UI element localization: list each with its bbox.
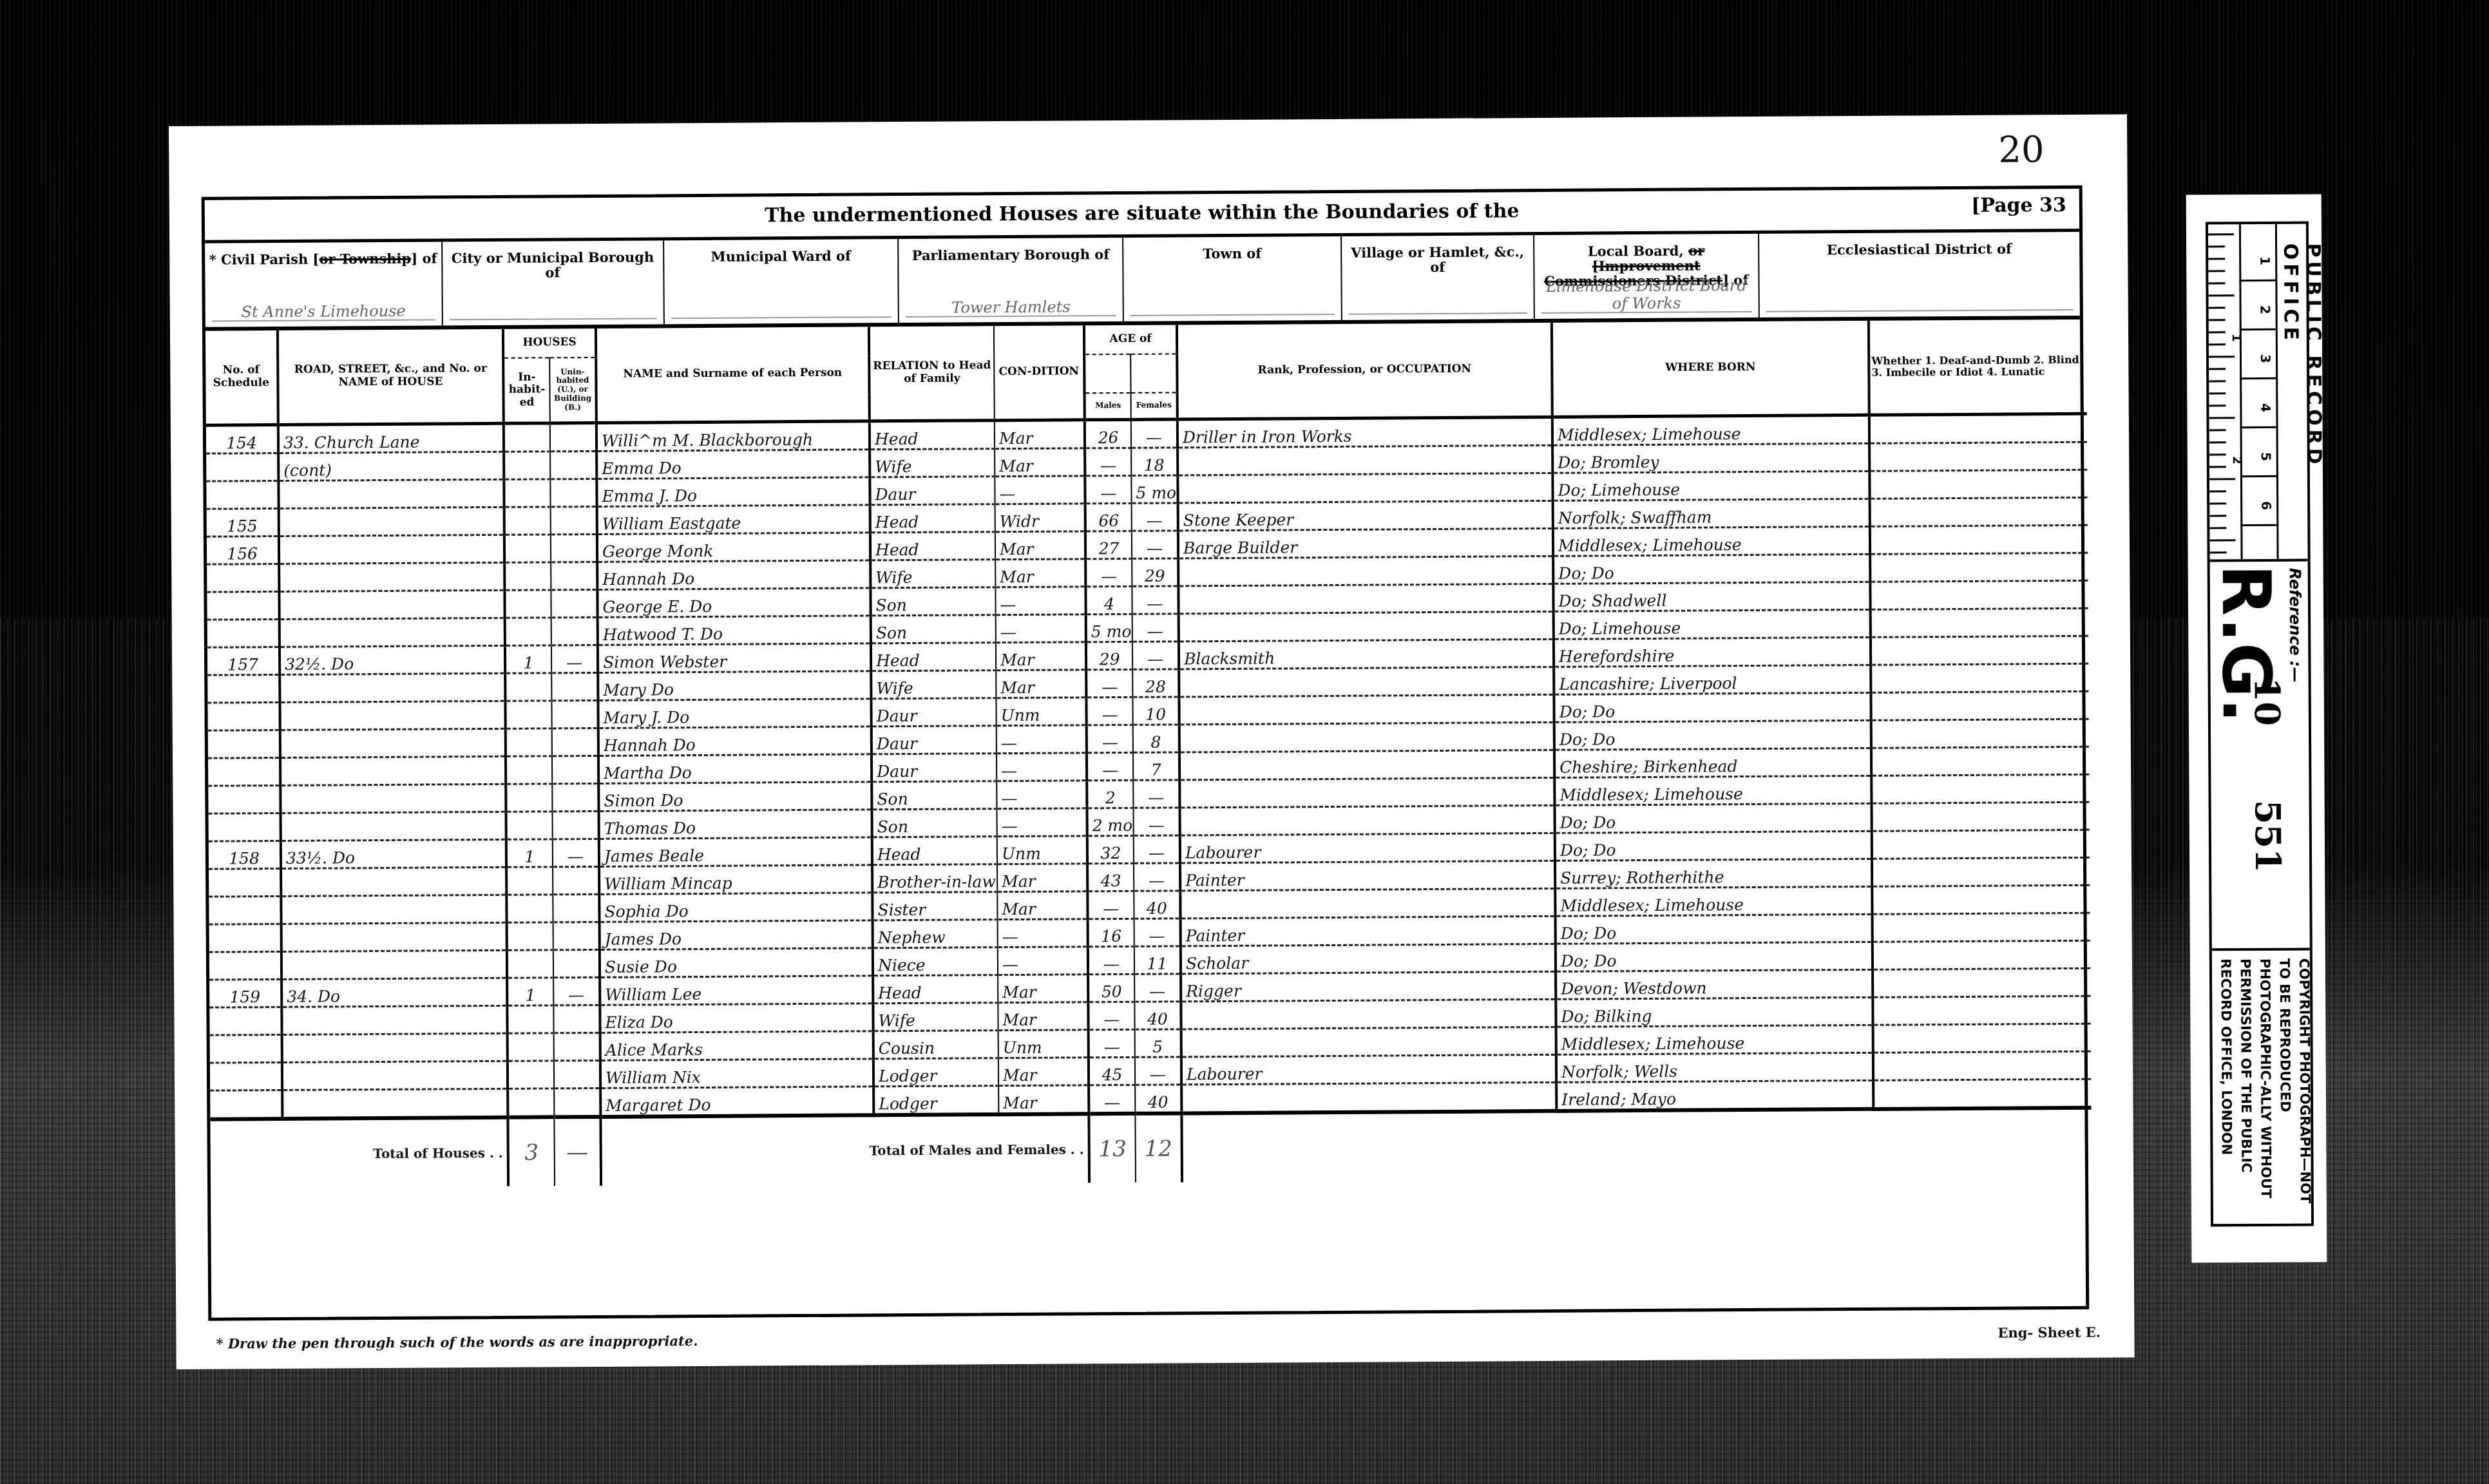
cell-uninhabited [553,949,600,977]
cell-condition: — [995,587,1085,615]
scale-tick [2208,258,2225,260]
cell-inhabited [507,950,553,978]
cell-relation: Son [870,587,995,616]
cell-address [281,1005,507,1034]
cell-age-female: 28 [1132,669,1179,697]
cell-uninhabited [553,922,600,949]
place-boundaries: * Civil Parish [or Township] ofSt Anne's… [205,232,2080,331]
scale-tick [2209,331,2226,333]
cell-uninhabited [551,672,598,700]
scale-tick [2209,502,2226,504]
cell-person-name: James Beale [599,837,872,867]
col-occupation: Rank, Profession, or OCCUPATION [1177,323,1552,419]
cell-occupation [1178,556,1553,586]
cell-schedule-no [209,896,281,924]
cell-relation: Lodger [873,1086,998,1116]
cell-age-male: 2 [1087,780,1133,808]
scale-tick [2209,368,2226,370]
scale-inch-label: 1 [2229,334,2243,342]
cell-age-male: — [1089,1085,1135,1114]
cell-where-born: Middlesex; Limehouse [1556,1025,1873,1054]
cell-age-female: — [1134,918,1181,946]
cell-infirmity [1873,940,2090,969]
cell-where-born: Middlesex; Limehouse [1554,775,1871,805]
cell-schedule-no [208,757,280,786]
scale-tick [2209,539,2235,541]
cell-relation: Head [873,975,998,1004]
cell-age-male: — [1085,475,1131,503]
place-field-6: Local Board, or [Improvement Commissione… [1534,234,1760,319]
cell-inhabited [508,1033,554,1061]
cell-age-female: — [1131,419,1178,448]
cell-age-female: — [1135,1057,1181,1085]
cell-condition: Widr [995,504,1085,532]
cell-where-born: Middlesex; Limehouse [1553,526,1870,556]
cell-relation: Wife [873,1003,998,1031]
scale-tick [2209,441,2226,443]
cell-infirmity [1873,996,2090,1025]
cell-occupation: Stone Keeper [1178,500,1553,531]
col-schedule: No. of Schedule [205,330,278,425]
cell-occupation: Painter [1181,916,1556,946]
cell-age-male: 4 [1085,586,1132,614]
place-field-1: City or Municipal Borough of [443,240,665,325]
cell-relation: Head [872,837,997,865]
cell-inhabited [507,922,553,950]
cell-infirmity [1873,1079,2091,1109]
cell-age-male: 66 [1085,503,1132,531]
scale-inch-label: 2 [2230,456,2244,464]
cell-relation: Brother-in-law [872,864,997,893]
cell-where-born: Lancashire; Liverpool [1554,665,1871,694]
cell-age-male: — [1087,891,1134,918]
cell-person-name: Martha Do [598,754,872,784]
cell-age-female: 29 [1132,558,1178,586]
cell-infirmity [1873,1023,2091,1052]
cell-address [282,1061,508,1090]
cell-where-born: Do; Do [1554,720,1871,750]
cell-relation: Wife [870,449,995,477]
cell-schedule-no [207,702,280,730]
place-value [1130,314,1335,316]
scale-tick [2209,478,2235,480]
cell-person-name: James Do [600,920,873,950]
cell-address [281,950,507,979]
cell-where-born: Do; Do [1556,942,1873,971]
cell-inhabited [506,728,552,756]
cell-age-male: 50 [1088,974,1134,1002]
place-field-4: Town of [1123,236,1342,321]
cell-uninhabited: — [553,977,600,1005]
cell-inhabited [504,507,551,535]
cell-age-female: — [1133,780,1179,808]
cell-inhabited: 1 [505,645,551,673]
total-females: 12 [1135,1113,1182,1182]
total-persons-label: Total of Males and Females . . [600,1114,1089,1186]
cell-schedule-no: 157 [207,647,280,675]
cell-infirmity [1871,608,2088,637]
cell-person-name: Hatwood T. Do [598,616,871,645]
cell-address: 33. Church Lane [278,423,504,453]
scale-tick [2209,466,2226,468]
cell-condition: Mar [998,1085,1089,1114]
cell-address: (cont) [278,452,504,480]
cell-schedule-no: 155 [207,508,279,537]
cell-infirmity [1873,1051,2091,1080]
cell-uninhabited [553,894,599,922]
cell-age-male: 26 [1085,419,1131,448]
cell-person-name: Mary J. Do [598,699,871,728]
cell-inhabited [506,784,552,812]
reference-card: PUBLIC RECORD OFFICE 12345612 R.G. Refer… [2186,194,2327,1262]
cell-where-born: Norfolk; Swaffham [1553,499,1870,528]
col-relation: RELATION to Head of Family [869,326,995,421]
cell-age-male: — [1085,558,1132,586]
cell-uninhabited [550,479,596,506]
cell-where-born: Cheshire; Birkenhead [1554,748,1871,777]
scale-tick [2209,404,2226,406]
cell-inhabited [506,895,553,922]
cell-uninhabited: — [553,839,599,866]
cell-where-born: Do; Do [1554,803,1871,833]
cell-infirmity [1870,497,2088,526]
office-label: PUBLIC RECORD OFFICE [2279,243,2326,558]
cell-person-name: George Monk [597,533,870,562]
cell-age-female: — [1134,863,1180,891]
scale-tick [2209,380,2226,382]
cell-schedule-no: 156 [207,536,279,564]
cell-uninhabited [552,756,598,783]
scale-tick [2209,453,2226,455]
cell-person-name: Alice Marks [600,1031,873,1061]
cell-age-female: — [1132,642,1179,669]
cell-address [282,1089,508,1119]
scale-tick [2209,356,2235,357]
cell-occupation [1179,611,1554,642]
cell-condition: Mar [998,975,1088,1003]
place-field-3: Parliamentary Borough ofTower Hamlets [899,238,1124,323]
cell-condition: — [997,753,1087,781]
place-value [671,316,892,319]
total-houses-inhabited: 3 [508,1117,555,1186]
cell-condition: Mar [998,1002,1088,1031]
cell-address [279,535,504,564]
cell-relation: Head [870,421,995,450]
banner-title: The undermentioned Houses are situate wi… [205,196,2079,231]
cell-infirmity [1869,470,2087,499]
cell-relation: Wife [871,671,996,699]
reference-label: Reference :— [2286,568,2305,683]
cell-condition: — [998,947,1088,975]
cell-uninhabited [554,1032,600,1060]
cell-occupation [1179,777,1554,808]
cell-inhabited [505,618,551,645]
cell-inhabited [504,452,550,479]
cell-occupation [1178,473,1552,503]
cell-address [278,479,504,508]
reference-series: 10 [2247,678,2288,726]
cell-inhabited [504,535,551,562]
cell-relation: Cousin [873,1031,998,1059]
cell-person-name: William Nix [600,1059,873,1089]
cell-condition: — [997,781,1087,809]
cell-relation: Daur [872,726,997,754]
cell-where-born: Middlesex; Limehouse [1555,886,1872,916]
place-value [450,318,657,320]
cell-person-name: Susie Do [600,948,873,978]
cell-where-born: Norfolk; Wells [1556,1052,1873,1082]
place-label: City or Municipal Borough of [443,249,663,280]
cell-age-female: 40 [1135,1085,1181,1114]
cell-inhabited [504,423,550,452]
cell-address [281,812,506,841]
cell-address [280,756,506,785]
cell-age-female: — [1132,614,1179,642]
cell-infirmity [1871,636,2088,665]
cell-schedule-no [207,619,280,647]
cell-address [281,867,506,896]
cell-relation: Lodger [873,1058,998,1087]
col-age-females: Females [1131,392,1178,419]
census-form: The undermentioned Houses are situate wi… [202,185,2090,1321]
cell-age-female: 18 [1131,448,1178,475]
cell-age-female: — [1134,835,1180,863]
cell-uninhabited [553,866,599,894]
cell-age-male: — [1088,1002,1134,1029]
cell-where-born: Do; Do [1554,692,1871,722]
cell-age-male: 2 mo [1087,808,1133,835]
cell-where-born: Do; Do [1556,914,1873,944]
sheet-number: 20 [1998,129,2045,171]
cell-where-born: Do; Bromley [1552,443,1869,473]
cell-age-female: — [1132,586,1178,614]
cell-occupation [1181,1082,1556,1113]
scale-cm-label: 3 [2258,354,2273,363]
reference-block: R.G. Reference :— 10 551 [2210,562,2310,951]
cell-schedule-no: 154 [206,424,278,453]
cell-schedule-no [209,924,281,952]
cell-relation: Son [872,809,997,837]
page-label: [Page 33 [1971,194,2066,217]
cell-occupation: Labourer [1181,1054,1556,1085]
cell-occupation: Painter [1180,861,1555,891]
cell-schedule-no [206,453,278,481]
cell-where-born: Surrey; Rotherhithe [1555,859,1872,888]
cell-age-female: 11 [1134,946,1181,974]
col-uninhabited: Unin-habited (U.), or Building (B.) [549,357,596,423]
cell-inhabited [506,867,553,895]
cell-age-female: 7 [1133,752,1179,780]
cell-age-male: 29 [1086,642,1132,669]
cell-where-born: Do; Do [1555,831,1872,861]
cell-person-name: Hannah Do [597,560,870,590]
cell-address: 33½. Do [281,839,506,868]
cell-person-name: Simon Webster [598,643,871,673]
scale-cm-label: 6 [2258,501,2274,510]
cell-infirmity [1871,774,2089,803]
scale-tick [2210,551,2227,553]
cell-uninhabited [553,1005,600,1032]
cell-relation: Niece [873,947,998,976]
cell-age-female: — [1132,503,1178,531]
cell-condition: — [996,614,1086,643]
place-label: * Civil Parish [or Township] of [205,251,441,267]
cell-infirmity [1871,719,2089,748]
cell-uninhabited [551,589,597,617]
cell-age-male: 16 [1088,918,1134,946]
scale-cm-label: 2 [2258,305,2273,314]
cell-where-born: Devon; Westdown [1556,969,1873,999]
cell-inhabited [505,673,551,701]
cell-where-born: Do; Limehouse [1554,609,1871,639]
cell-person-name: Mary Do [598,671,871,701]
cell-age-female: 5 mo [1131,475,1178,503]
cell-relation: Head [870,532,995,560]
cell-occupation [1179,722,1554,752]
place-label: Village or Hamlet, &c., of [1342,244,1533,275]
cell-person-name: Eliza Do [600,1004,873,1033]
scale-tick [2208,270,2225,272]
cell-uninhabited [554,1088,600,1117]
cell-infirmity [1872,830,2090,859]
cell-inhabited [508,1061,554,1089]
cell-uninhabited [550,423,596,451]
cell-person-name: Hannah Do [598,727,872,756]
cell-age-female: — [1133,808,1179,835]
cell-inhabited [504,479,550,507]
census-table: No. of Schedule ROAD, STREET, &c., and N… [205,319,2092,1188]
place-label: Ecclesiastical District of [1759,241,2079,258]
cell-person-name: Willi^m M. Blackborough [596,421,870,452]
cell-age-male: — [1087,752,1133,780]
cell-address [280,784,506,813]
cell-occupation: Driller in Iron Works [1178,417,1552,448]
scale-tick [2208,233,2234,235]
cell-age-male: — [1087,725,1133,752]
cell-inhabited [504,562,551,590]
scale-tick [2209,515,2226,517]
cell-condition: Mar [996,670,1086,698]
cell-infirmity [1869,442,2087,471]
cell-person-name: Sophia Do [599,893,872,922]
cell-where-born: Do; Do [1553,554,1870,584]
place-label: Town of [1123,245,1340,262]
cell-relation: Daur [870,477,995,505]
cell-person-name: Thomas Do [599,810,872,839]
cell-occupation [1180,888,1555,918]
scale-tick [2208,282,2225,284]
cell-relation: Head [870,504,995,533]
cell-age-male: — [1085,448,1131,475]
cell-inhabited [506,756,552,784]
cell-infirmity [1870,580,2088,609]
cell-address [280,618,505,647]
scale-cm-label: 5 [2258,452,2274,461]
cell-person-name: Margaret Do [600,1087,873,1117]
cell-schedule-no [207,591,279,620]
scale-tick [2209,490,2226,492]
scale-tick [2209,417,2235,419]
place-value [1766,309,2074,312]
cell-infirmity [1870,525,2088,554]
cell-occupation: Blacksmith [1179,639,1554,669]
cell-occupation [1181,1027,1556,1057]
reference-piece: 551 [2247,800,2289,873]
copyright-notice: COPYRIGHT PHOTOGRAPH—NOT TO BE REPRODUCE… [2212,951,2311,1224]
place-field-2: Municipal Ward of [664,239,900,324]
cell-age-male: — [1088,946,1134,974]
cell-schedule-no [210,1090,282,1119]
cell-infirmity [1871,802,2089,831]
cell-inhabited [506,812,553,839]
total-males: 13 [1089,1114,1136,1183]
cell-condition: Mar [997,891,1087,920]
cell-address [279,507,504,536]
cell-relation: Sister [872,892,997,920]
cell-age-male: — [1086,669,1132,697]
cell-relation: Son [871,615,996,643]
cell-schedule-no [208,730,280,758]
place-field-5: Village or Hamlet, &c., of [1342,235,1535,320]
cell-address [281,895,506,924]
scale-cm-label: 1 [2257,256,2273,265]
cell-infirmity [1871,663,2088,692]
cell-uninhabited [551,617,598,645]
cell-occupation [1179,694,1554,725]
footnote: * Draw the pen through such of the words… [216,1333,698,1352]
cell-infirmity [1873,968,2090,997]
place-field-7: Ecclesiastical District of [1759,232,2080,318]
scale-tick [2209,343,2226,345]
cell-age-male: — [1086,697,1132,725]
cell-condition: Mar [998,1058,1089,1086]
cell-address [279,562,504,591]
cell-address [281,922,507,951]
cell-condition: — [997,808,1087,837]
cell-schedule-no [209,813,281,841]
scale-tick [2209,527,2226,529]
totals-row: Total of Houses . . 3 — Total of Males a… [210,1108,2092,1188]
cell-schedule-no [210,1062,282,1090]
cell-occupation: Barge Builder [1178,528,1553,558]
cell-condition: Unm [996,698,1086,726]
cell-relation: Head [871,643,996,671]
cell-condition: Unm [997,836,1087,864]
scale-tick [2209,392,2226,394]
cell-occupation: Labourer [1180,833,1555,863]
cell-age-female: 5 [1135,1029,1181,1057]
cell-condition: — [997,725,1087,754]
cell-condition: — [995,476,1085,504]
cell-infirmity [1871,747,2089,775]
cell-age-female: 40 [1134,891,1180,918]
cell-uninhabited [551,700,598,728]
col-address: ROAD, STREET, &c., and No. or NAME of HO… [278,329,504,425]
sheet-label: Eng- Sheet E. [1998,1324,2101,1341]
cell-infirmity [1872,885,2090,914]
cell-address: 34. Do [281,978,507,1007]
cell-inhabited [504,590,551,618]
cell-condition: Unm [998,1030,1089,1058]
cell-address [280,701,505,730]
col-age-males: Males [1085,393,1131,420]
cell-person-name: William Eastgate [597,505,870,535]
cell-schedule-no [210,1034,282,1063]
total-houses-label: Total of Houses . . [210,1118,508,1188]
cell-occupation [1178,445,1552,475]
cell-uninhabited [552,728,598,756]
cell-person-name: Simon Do [598,782,872,812]
